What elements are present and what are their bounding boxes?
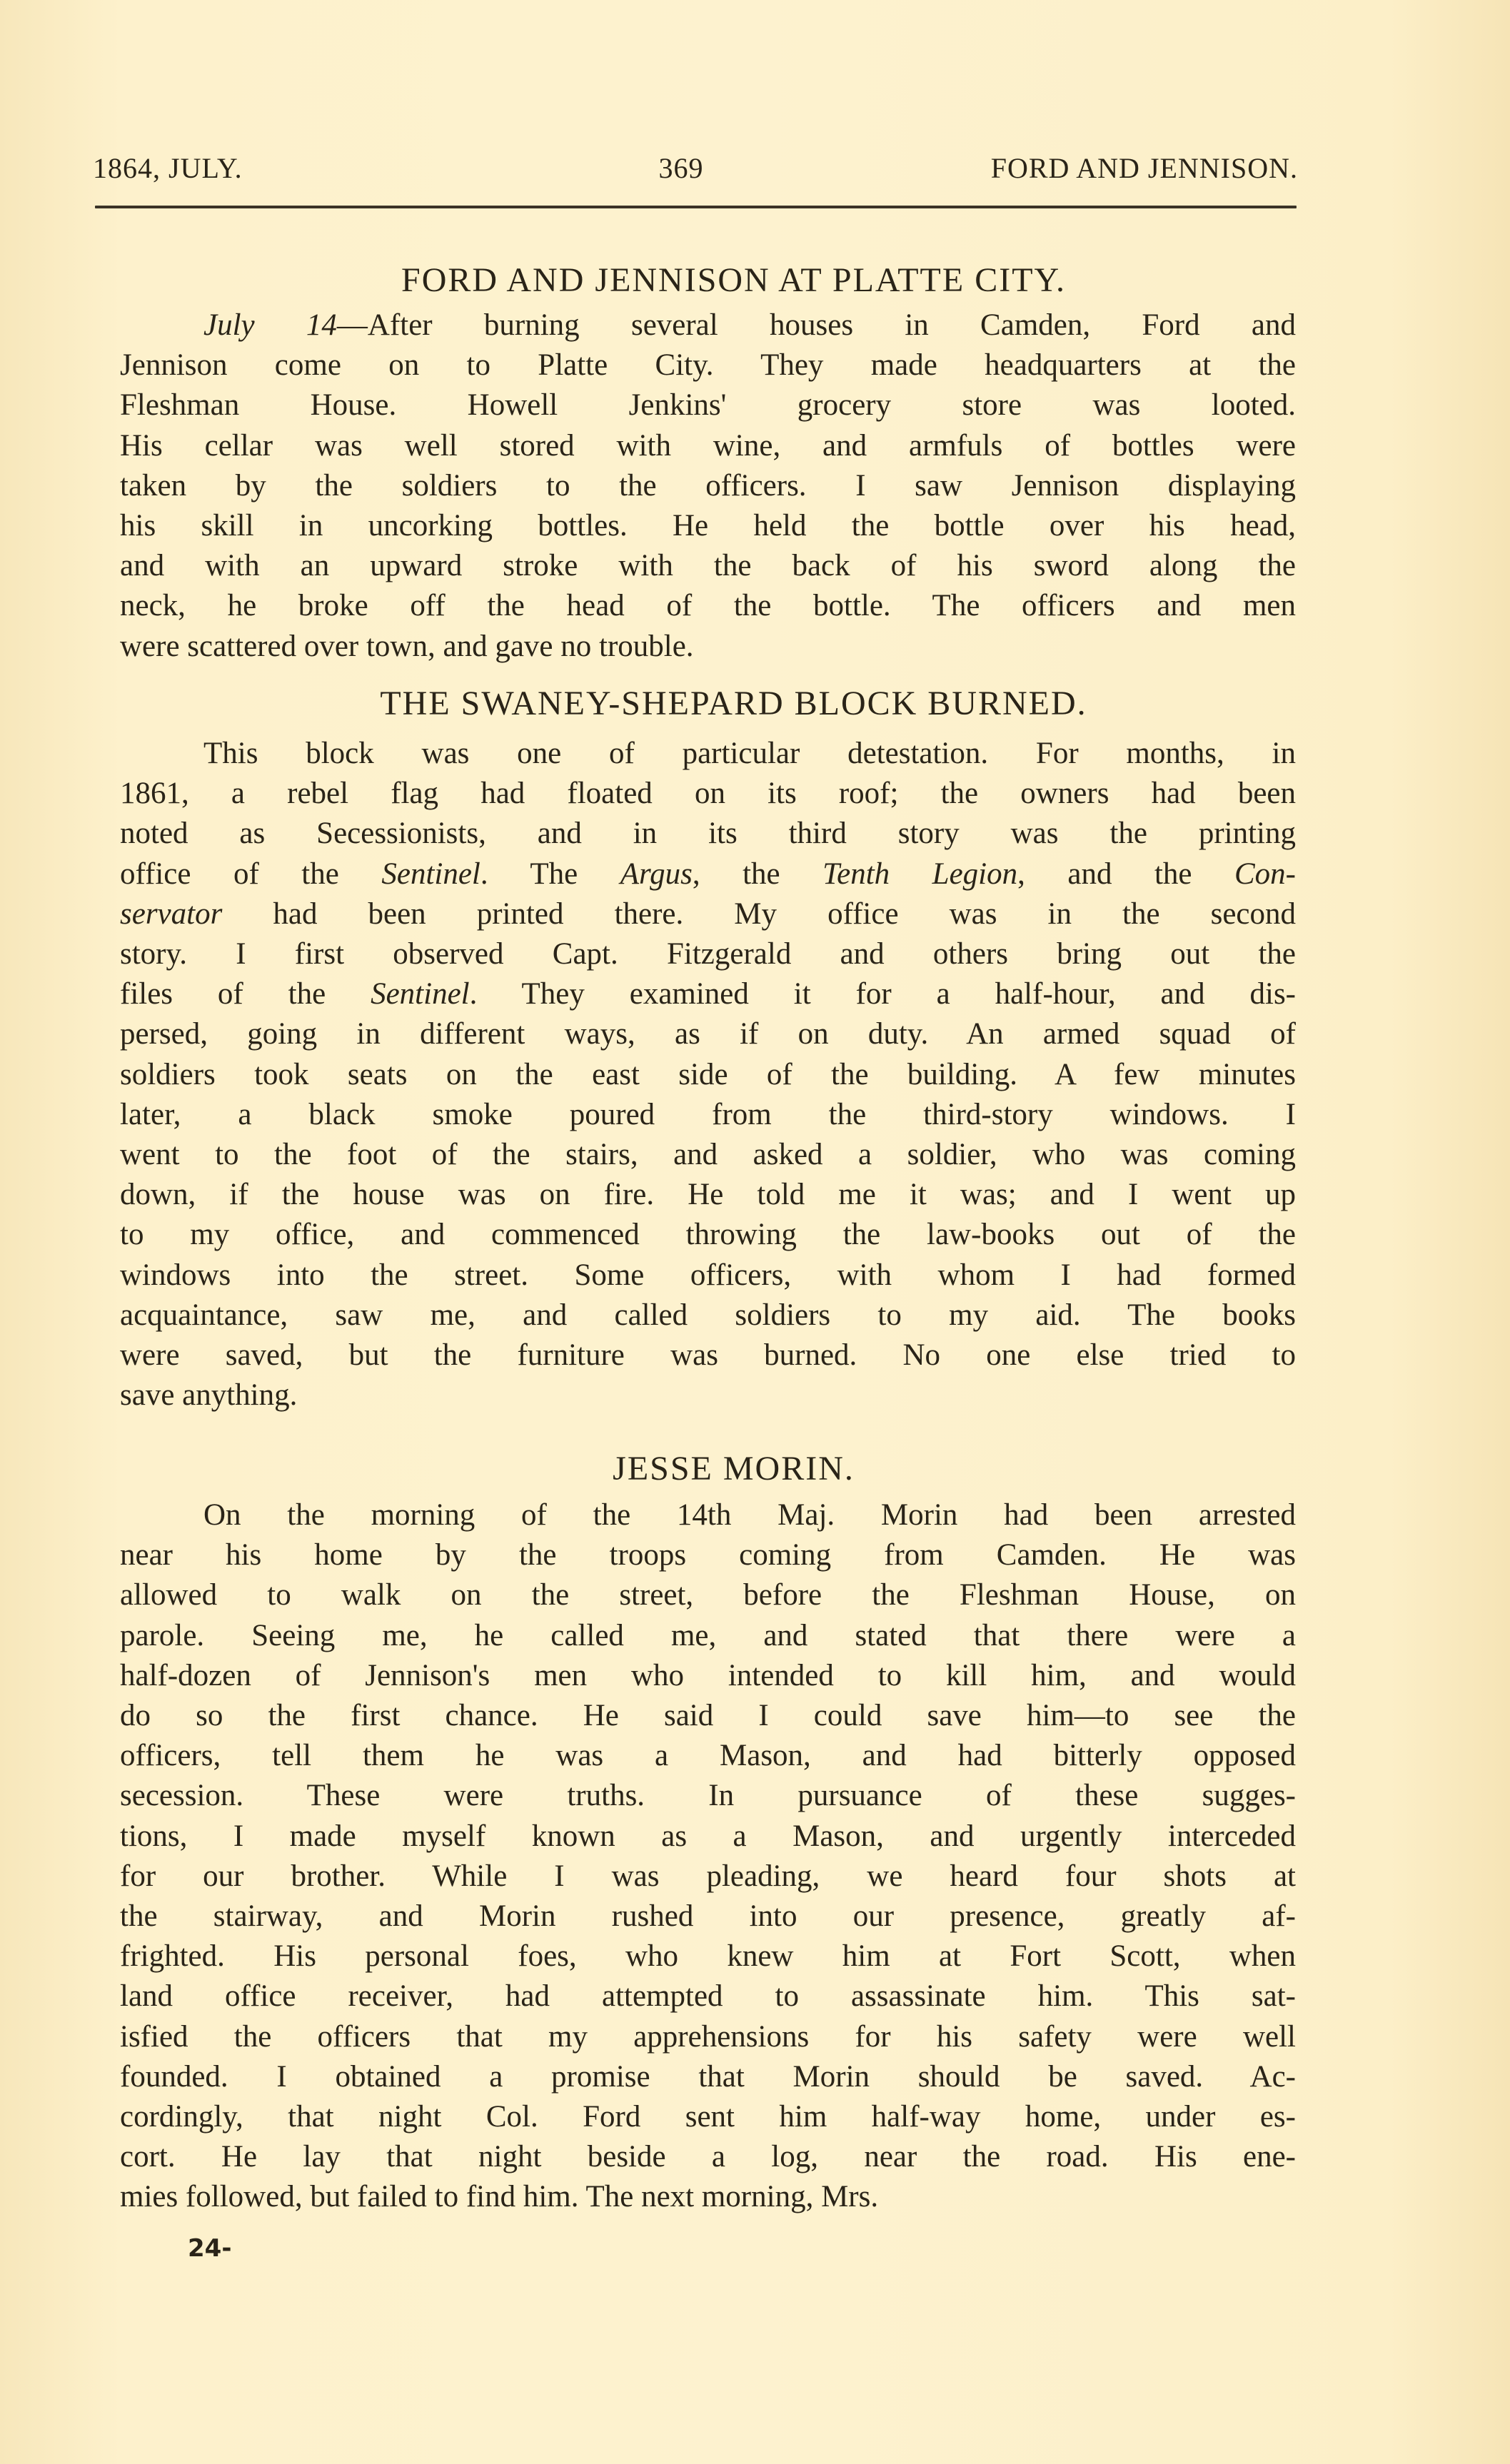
text-line: soldiers took seats on the east side of … bbox=[120, 1055, 1296, 1095]
section-heading-swaney-shepard: THE SWANEY-SHEPARD BLOCK BURNED. bbox=[0, 684, 1489, 723]
text-line: Fleshman House. Howell Jenkins' grocery … bbox=[120, 385, 1296, 425]
date-lead: July 14 bbox=[203, 308, 337, 342]
signature-mark: 24- bbox=[188, 2234, 231, 2263]
text-line: tions, I made myself known as a Mason, a… bbox=[120, 1817, 1296, 1857]
text-line: office of the Sentinel. The Argus, the T… bbox=[120, 854, 1296, 894]
text-line: cort. He lay that night beside a log, ne… bbox=[120, 2137, 1296, 2177]
text-line: save anything. bbox=[120, 1375, 1296, 1415]
text-line: isfied the officers that my apprehension… bbox=[120, 2017, 1296, 2057]
text-line: On the morning of the 14th Maj. Morin ha… bbox=[203, 1495, 1296, 1535]
text-line: parole. Seeing me, he called me, and sta… bbox=[120, 1616, 1296, 1656]
text-line: files of the Sentinel. They examined it … bbox=[120, 974, 1296, 1014]
text-line: persed, going in different ways, as if o… bbox=[120, 1014, 1296, 1054]
text-line: the stairway, and Morin rushed into our … bbox=[120, 1897, 1296, 1937]
text-line: July 14—After burning several houses in … bbox=[203, 306, 1296, 345]
text-line: cordingly, that night Col. Ford sent him… bbox=[120, 2097, 1296, 2137]
text-line: were saved, but the furniture was burned… bbox=[120, 1335, 1296, 1375]
text-line: founded. I obtained a promise that Morin… bbox=[120, 2057, 1296, 2097]
text-line: servator had been printed there. My offi… bbox=[120, 894, 1296, 934]
text-line: mies followed, but failed to find him. T… bbox=[120, 2177, 1296, 2217]
section-heading-jesse-morin: JESSE MORIN. bbox=[0, 1449, 1489, 1488]
text-line: near his home by the troops coming from … bbox=[120, 1535, 1296, 1575]
text-line: Jennison come on to Platte City. They ma… bbox=[120, 345, 1296, 385]
text-line: down, if the house was on fire. He told … bbox=[120, 1175, 1296, 1215]
text-line: His cellar was well stored with wine, an… bbox=[120, 426, 1296, 466]
book-page: 1864, JULY. 369 FORD AND JENNISON. FORD … bbox=[0, 0, 1510, 2464]
header-rule bbox=[95, 206, 1297, 208]
text-line: and with an upward stroke with the back … bbox=[120, 546, 1296, 586]
text-line: frighted. His personal foes, who knew hi… bbox=[120, 1937, 1296, 1976]
text-line: taken by the soldiers to the officers. I… bbox=[120, 466, 1296, 506]
text-line: were scattered over town, and gave no tr… bbox=[120, 627, 1296, 667]
text-line: noted as Secessionists, and in its third… bbox=[120, 814, 1296, 854]
section-heading-platte-city: FORD AND JENNISON AT PLATTE CITY. bbox=[0, 261, 1489, 300]
text-line: 1861, a rebel flag had floated on its ro… bbox=[120, 774, 1296, 814]
text-line: half-dozen of Jennison's men who intende… bbox=[120, 1656, 1296, 1696]
text-line: land office receiver, had attempted to a… bbox=[120, 1976, 1296, 2016]
text-line: secession. These were truths. In pursuan… bbox=[120, 1776, 1296, 1816]
text-line: windows into the street. Some officers, … bbox=[120, 1256, 1296, 1296]
text-line: neck, he broke off the head of the bottl… bbox=[120, 586, 1296, 626]
text-line: officers, tell them he was a Mason, and … bbox=[120, 1736, 1296, 1776]
text-line: to my office, and commenced throwing the… bbox=[120, 1215, 1296, 1255]
text-line: This block was one of particular detesta… bbox=[203, 734, 1296, 774]
text-line: do so the first chance. He said I could … bbox=[120, 1696, 1296, 1736]
text-line: later, a black smoke poured from the thi… bbox=[120, 1095, 1296, 1135]
text-line: his skill in uncorking bottles. He held … bbox=[120, 506, 1296, 546]
text-line: story. I first observed Capt. Fitzgerald… bbox=[120, 934, 1296, 974]
text-line: for our brother. While I was pleading, w… bbox=[120, 1857, 1296, 1897]
running-head: 1864, JULY. 369 FORD AND JENNISON. bbox=[93, 151, 1298, 194]
text-line: allowed to walk on the street, before th… bbox=[120, 1575, 1296, 1615]
text-line: went to the foot of the stairs, and aske… bbox=[120, 1135, 1296, 1175]
text-line: acquaintance, saw me, and called soldier… bbox=[120, 1296, 1296, 1335]
running-head-title: FORD AND JENNISON. bbox=[991, 151, 1298, 185]
